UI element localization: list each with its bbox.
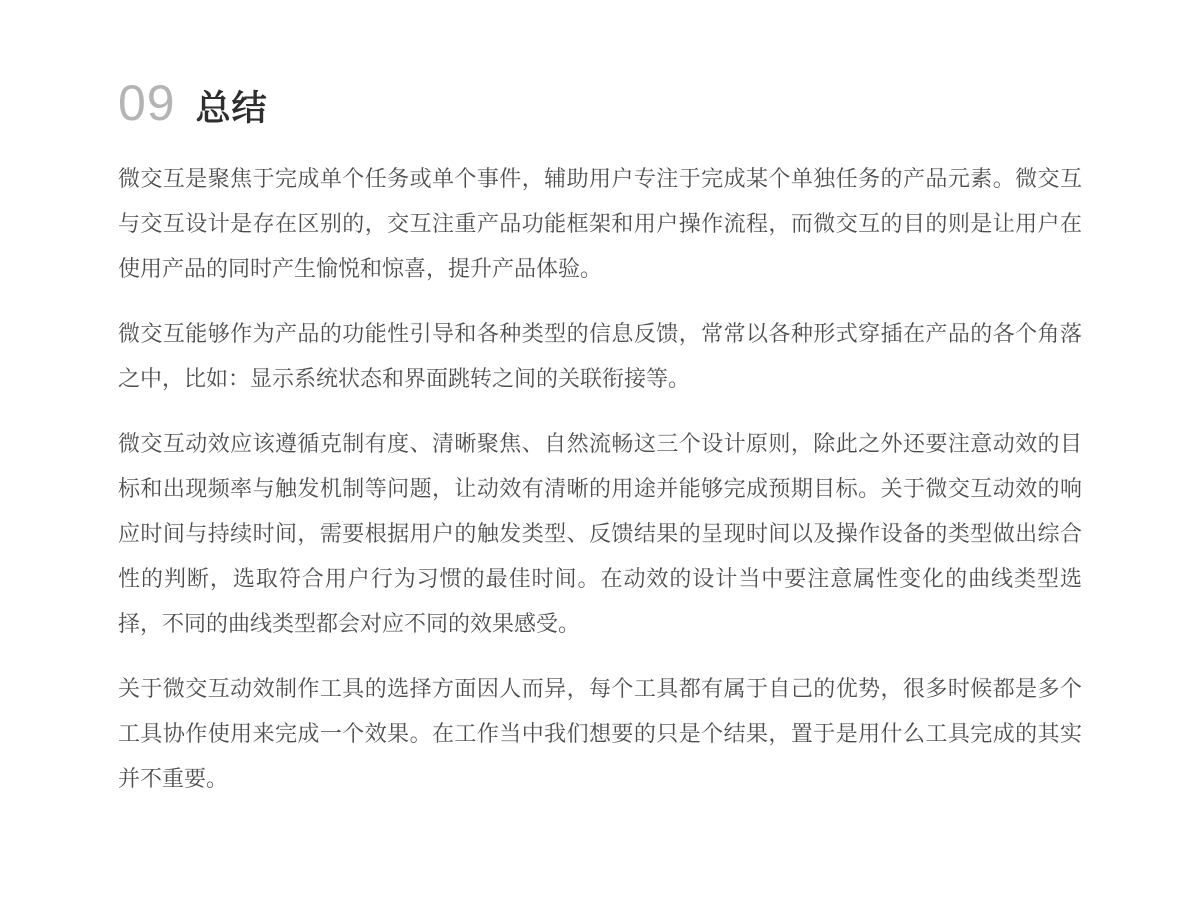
paragraph-1: 微交互是聚焦于完成单个任务或单个事件，辅助用户专注于完成某个单独任务的产品元素。… xyxy=(118,156,1082,291)
section-heading: 09 总结 xyxy=(118,78,1082,128)
paragraph-4: 关于微交互动效制作工具的选择方面因人而异，每个工具都有属于自己的优势，很多时候都… xyxy=(118,666,1082,801)
section-title: 总结 xyxy=(196,91,268,126)
paragraph-3: 微交互动效应该遵循克制有度、清晰聚焦、自然流畅这三个设计原则，除此之外还要注意动… xyxy=(118,421,1082,646)
paragraph-2: 微交互能够作为产品的功能性引导和各种类型的信息反馈，常常以各种形式穿插在产品的各… xyxy=(118,311,1082,401)
document-page: 09 总结 微交互是聚焦于完成单个任务或单个事件，辅助用户专注于完成某个单独任务… xyxy=(0,0,1200,900)
section-number: 09 xyxy=(118,78,176,128)
body-text-block: 微交互是聚焦于完成单个任务或单个事件，辅助用户专注于完成某个单独任务的产品元素。… xyxy=(118,156,1082,801)
